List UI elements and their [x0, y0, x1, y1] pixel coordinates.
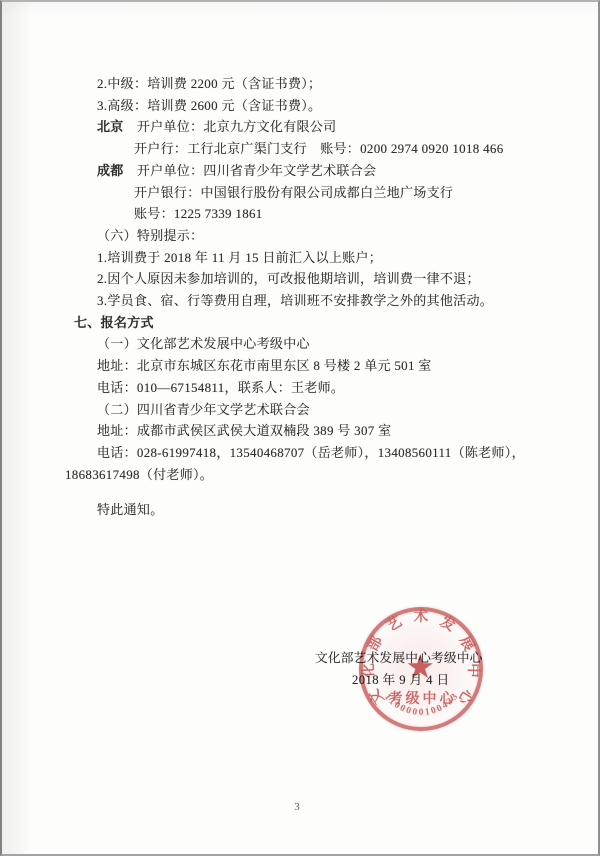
seal-number-digit: 4 [437, 697, 454, 714]
seal-center-text: 考级中心 [359, 688, 483, 708]
doc-line: 18683617498（付老师）。 [65, 464, 572, 486]
doc-line: （六）特别提示： [97, 225, 572, 247]
doc-line: 特此通知。 [97, 499, 572, 521]
doc-line: 电话：028-61997418，13540468707（岳老师），1340856… [97, 442, 572, 464]
doc-line: 3.学员食、宿、行等费用自理，培训班不安排教学之外的其他活动。 [97, 290, 572, 312]
doc-line: 开户银行：中国银行股份有限公司成都白兰地广场支行 [134, 182, 572, 204]
seal-number-digit: 0 [432, 701, 448, 717]
doc-line: 北京 开户单位：北京九方文化有限公司 [97, 116, 572, 138]
doc-line: 七、报名方式 [74, 312, 572, 334]
seal-number-digit: 0 [415, 707, 427, 719]
doc-line: 3.高级：培训费 2600 元（含证书费）。 [97, 95, 572, 117]
page-number: 3 [290, 801, 304, 813]
seal-number-digit: 0 [426, 704, 441, 719]
seal-arc-char: 发 [435, 612, 460, 637]
doc-line: （二）四川省青少年文学艺术联合会 [97, 399, 572, 421]
seal-number-digit: 3 [446, 689, 463, 706]
seal-arc-char: 心 [453, 684, 478, 709]
seal-number-digit: 3 [442, 693, 459, 710]
seal-number-digit: 0 [408, 706, 422, 720]
seal-number-digit: 0 [394, 701, 410, 717]
signature-date: 2018 年 9 月 4 日 [352, 669, 450, 688]
doc-line: 成都 开户单位：四川省青少年文学艺术联合会 [97, 160, 572, 182]
doc-line: 2.中级：培训费 2200 元（含证书费）； [97, 73, 572, 95]
doc-line: 地址：成都市武侯区武侯大道双楠段 389 号 307 室 [97, 420, 572, 442]
seal-number-digit: 1 [421, 706, 435, 720]
seal-arc-char: 术 [412, 608, 430, 626]
seal-arc-char: 艺 [382, 612, 407, 637]
seal-number-digit: 0 [401, 704, 416, 719]
doc-line: 地址：北京市东城区东花市南里东区 8 号楼 2 单元 501 室 [97, 355, 572, 377]
seal-number-digit: 1 [379, 689, 396, 706]
doc-line: （一）文化部艺术发展中心考级中心 [97, 333, 572, 355]
doc-line: 账号：1225 7339 1861 [134, 203, 572, 225]
scanned-document-page: 2.中级：培训费 2200 元（含证书费）；3.高级：培训费 2600 元（含证… [0, 0, 600, 856]
doc-line: 电话：010—67154811，联系人：王老师。 [97, 377, 572, 399]
seal-number-digit: 1 [383, 693, 400, 710]
doc-line: 开户行：工行北京广渠门支行 账号：0200 2974 0920 1018 466 [134, 138, 572, 160]
signature-org: 文化部艺术发展中心考级中心 [315, 647, 483, 666]
document-body: 2.中级：培训费 2200 元（含证书费）；3.高级：培训费 2600 元（含证… [65, 73, 572, 521]
seal-number-digit: 0 [389, 697, 406, 714]
doc-line: 2.因个人原因未参加培训的，可改报他期培训，培训费一律不退； [97, 268, 572, 290]
doc-line: 1.培训费于 2018 年 11 月 15 日前汇入以上账户； [97, 247, 572, 269]
